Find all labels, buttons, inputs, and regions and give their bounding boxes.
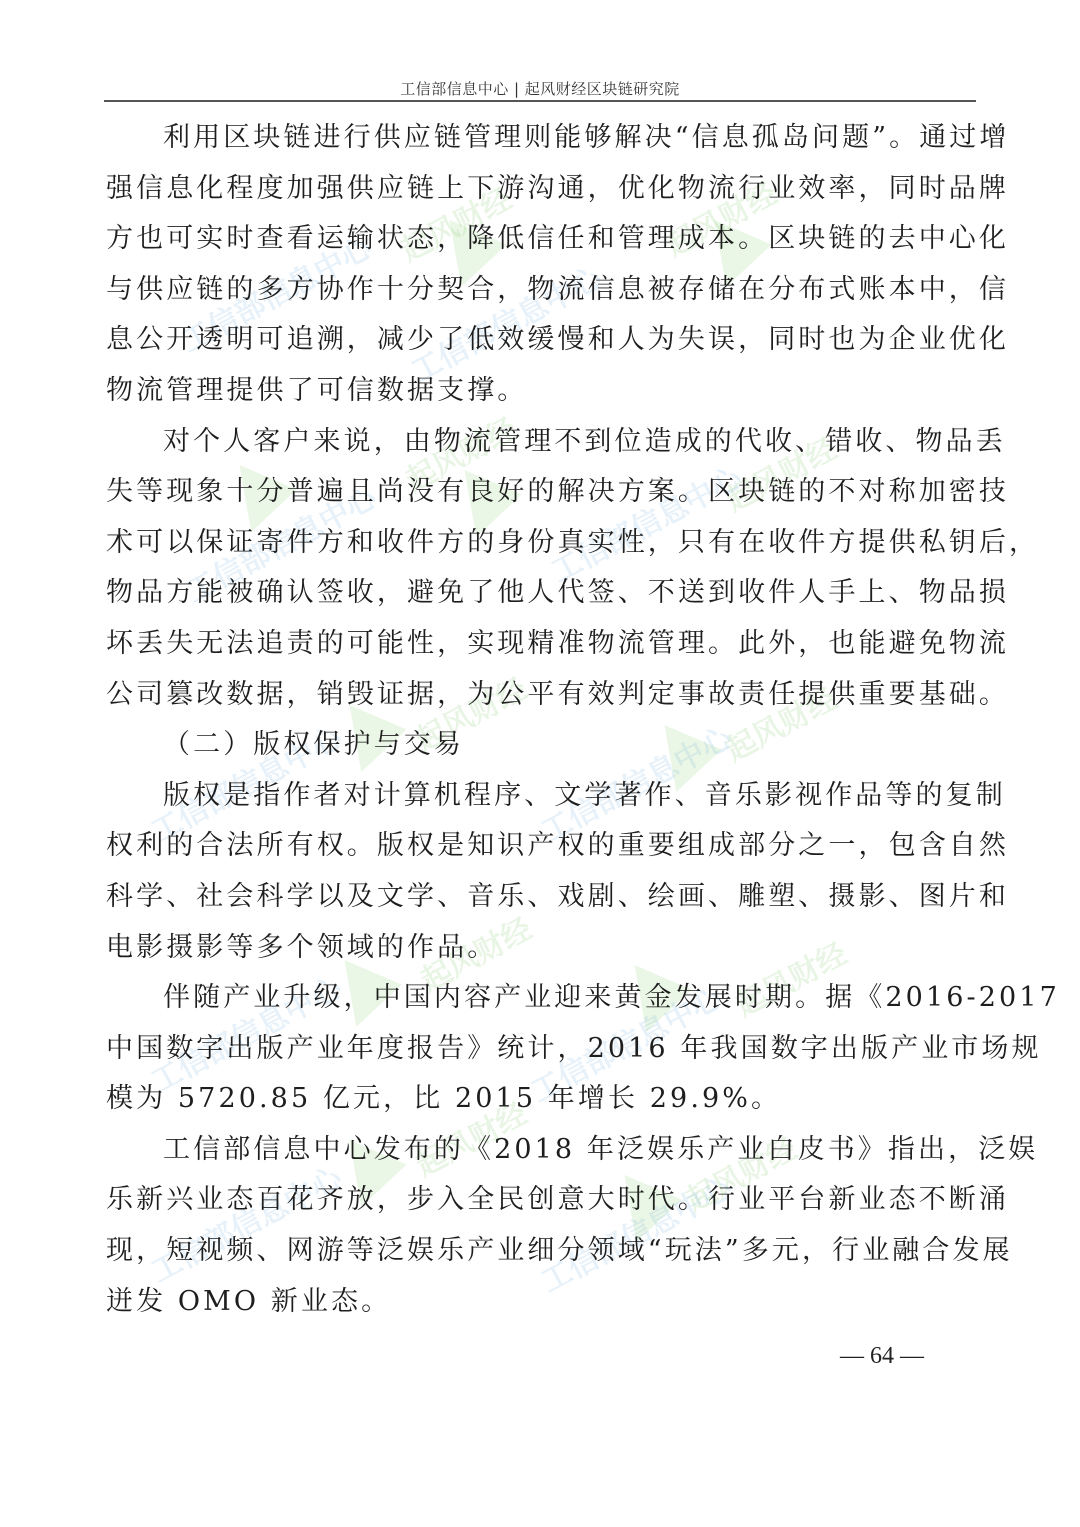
text-line: 方也可实时查看运输状态，降低信任和管理成本。区块链的去中心化 <box>106 214 976 265</box>
text-line: 科学、社会科学以及文学、音乐、戏剧、绘画、雕塑、摄影、图片和 <box>106 872 976 923</box>
text-line: 术可以保证寄件方和收件方的身份真实性，只有在收件方提供私钥后， <box>106 518 976 569</box>
section-heading: （二）版权保护与交易 <box>106 720 976 771</box>
page-number: — 64 — <box>840 1343 924 1370</box>
text-line: 模为 5720.85 亿元，比 2015 年增长 29.9%。 <box>106 1074 976 1125</box>
text-line: 坏丢失无法追责的可能性，实现精准物流管理。此外，也能避免物流 <box>106 619 976 670</box>
text-line: 工信部信息中心发布的《2018 年泛娱乐产业白皮书》指出，泛娱 <box>106 1125 976 1176</box>
text-line: 电影摄影等多个领域的作品。 <box>106 923 976 974</box>
paragraph-copyright-definition: 版权是指作者对计算机程序、文学著作、音乐影视作品等的复制 权利的合法所有权。版权… <box>106 771 976 973</box>
text-line: 强信息化程度加强供应链上下游沟通，优化物流行业效率，同时品牌 <box>106 164 976 215</box>
text-line: 息公开透明可追溯，减少了低效缓慢和人为失误，同时也为企业优化 <box>106 315 976 366</box>
text-line: 迸发 OMO 新业态。 <box>106 1277 976 1328</box>
header-divider <box>104 100 976 102</box>
paragraph-pan-entertainment: 工信部信息中心发布的《2018 年泛娱乐产业白皮书》指出，泛娱 乐新兴业态百花齐… <box>106 1125 976 1327</box>
section-heading-text: （二）版权保护与交易 <box>106 720 976 771</box>
paragraph-personal-customers: 对个人客户来说，由物流管理不到位造成的代收、错收、物品丢 失等现象十分普遍且尚没… <box>106 417 976 721</box>
text-line: 现，短视频、网游等泛娱乐产业细分领域“玩法”多元，行业融合发展 <box>106 1226 976 1277</box>
text-line: 公司篡改数据，销毁证据，为公平有效判定事故责任提供重要基础。 <box>106 670 976 721</box>
paragraph-supply-chain: 利用区块链进行供应链管理则能够解决“信息孤岛问题”。通过增 强信息化程度加强供应… <box>106 113 976 417</box>
running-header: 工信部信息中心 | 起风财经区块链研究院 <box>104 68 976 100</box>
text-line: 对个人客户来说，由物流管理不到位造成的代收、错收、物品丢 <box>106 417 976 468</box>
text-line: 乐新兴业态百花齐放，步入全民创意大时代。行业平台新业态不断涌 <box>106 1175 976 1226</box>
text-line: 版权是指作者对计算机程序、文学著作、音乐影视作品等的复制 <box>106 771 976 822</box>
text-line: 利用区块链进行供应链管理则能够解决“信息孤岛问题”。通过增 <box>106 113 976 164</box>
text-line: 权利的合法所有权。版权是知识产权的重要组成部分之一，包含自然 <box>106 821 976 872</box>
paragraph-digital-publishing: 伴随产业升级，中国内容产业迎来黄金发展时期。据《2016-2017 中国数字出版… <box>106 973 976 1125</box>
page-body: 利用区块链进行供应链管理则能够解决“信息孤岛问题”。通过增 强信息化程度加强供应… <box>106 113 976 1327</box>
text-line: 与供应链的多方协作十分契合，物流信息被存储在分布式账本中，信 <box>106 265 976 316</box>
text-line: 物流管理提供了可信数据支撑。 <box>106 366 976 417</box>
text-line: 失等现象十分普遍且尚没有良好的解决方案。区块链的不对称加密技 <box>106 467 976 518</box>
text-line: 物品方能被确认签收，避免了他人代签、不送到收件人手上、物品损 <box>106 568 976 619</box>
text-line: 伴随产业升级，中国内容产业迎来黄金发展时期。据《2016-2017 <box>106 973 976 1024</box>
text-line: 中国数字出版产业年度报告》统计，2016 年我国数字出版产业市场规 <box>106 1024 976 1075</box>
header-title: 工信部信息中心 | 起风财经区块链研究院 <box>104 78 976 99</box>
